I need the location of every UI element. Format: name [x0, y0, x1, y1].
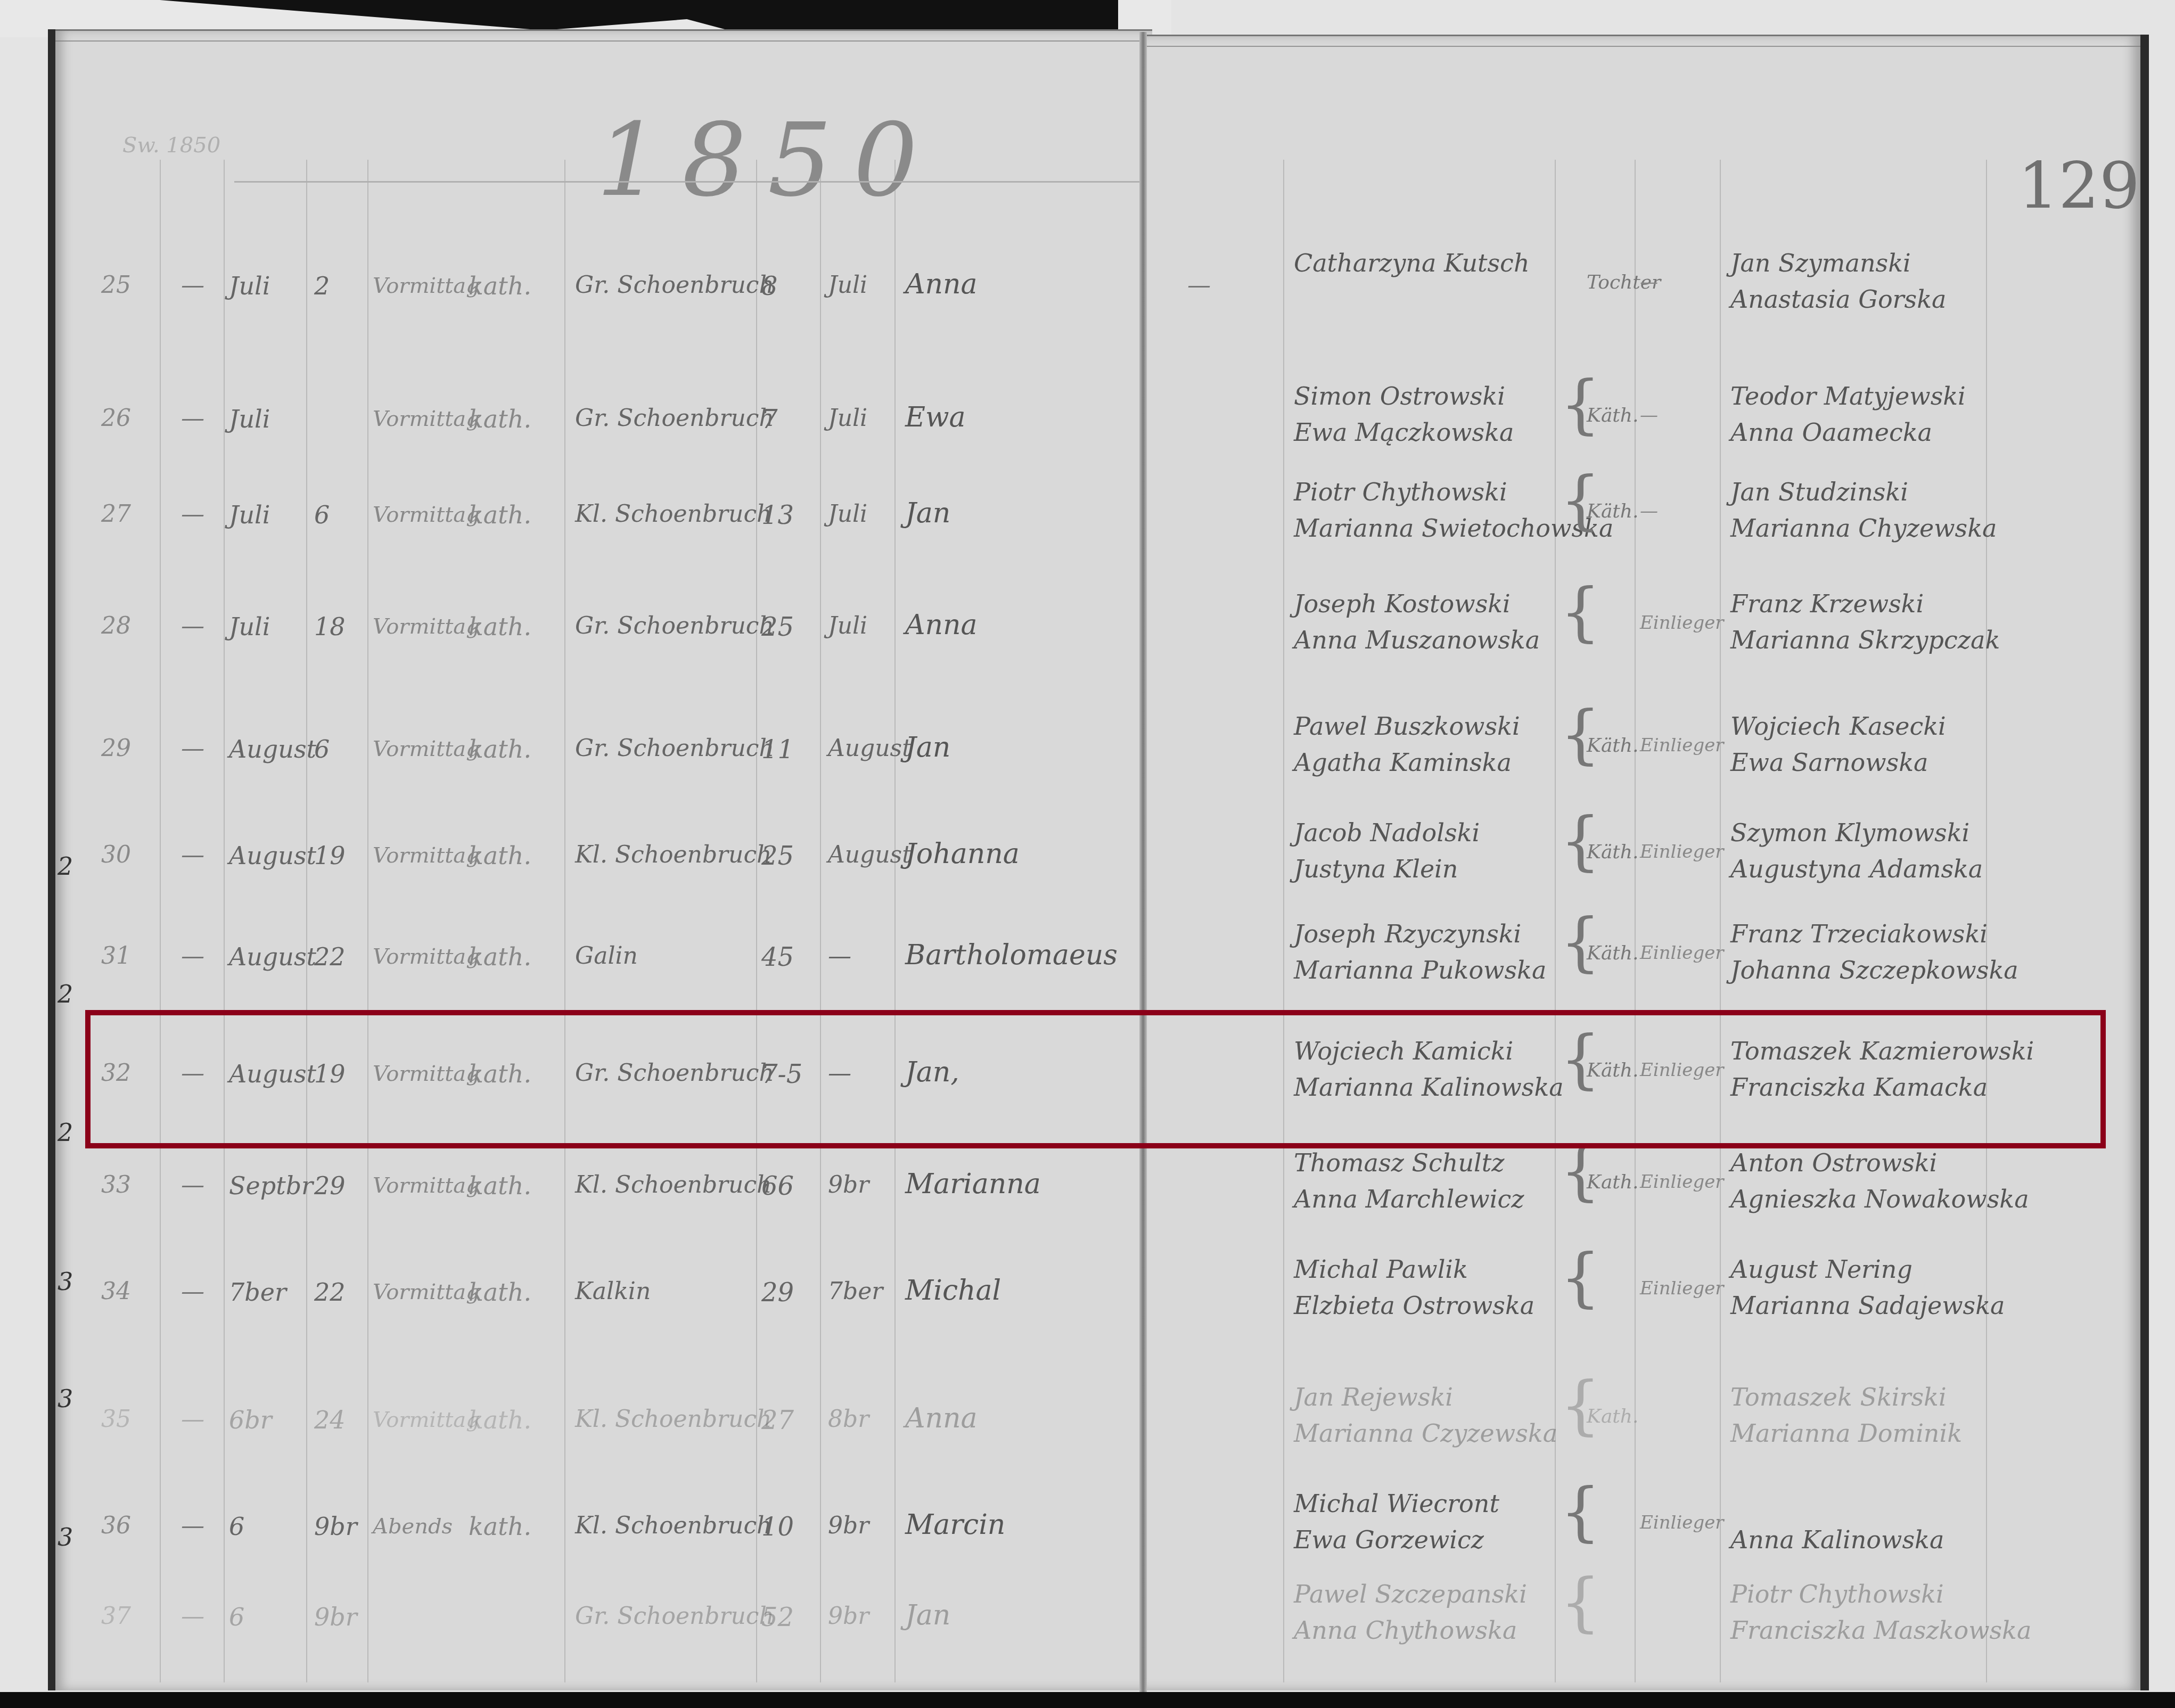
birth-month: Juli [828, 405, 867, 432]
baptism-month: Juli [229, 612, 270, 641]
parents-names: Michal WiecrontEwa Gorzewicz [1294, 1485, 1499, 1558]
godparents-names: Franz TrzeciakowskiJohanna Szczepkowska [1730, 916, 2018, 988]
godparents-names: Piotr ChythowskiFranciszka Maszkowska [1730, 1576, 2031, 1648]
right-dash: — [1187, 272, 1211, 299]
child-name: Anna [905, 268, 978, 300]
entry-number: 25 [101, 272, 131, 299]
parent-status: Käth. [1587, 735, 1638, 757]
baptism-month: 6 [229, 1512, 244, 1541]
entry-dash: — [181, 942, 204, 970]
margin-mark: 3 [58, 1523, 73, 1551]
entry-number: 34 [101, 1278, 131, 1305]
house-number: 27 [761, 1406, 794, 1435]
parent-status: Käth. [1587, 1060, 1638, 1081]
time-of-day: Vormittag [373, 1173, 480, 1198]
birth-month: 7ber [828, 1278, 883, 1305]
parents-names: Pawel SzczepanskiAnna Chythowska [1294, 1576, 1527, 1648]
birth-month: Juli [828, 500, 867, 528]
parents-names: Joseph KostowskiAnna Muszanowska [1294, 586, 1540, 658]
religion: kath. [469, 1171, 531, 1200]
religion: kath. [469, 500, 531, 529]
entry-dash: — [181, 1603, 204, 1630]
parents-names: Pawel BuszkowskiAgatha Kaminska [1294, 708, 1520, 781]
column-rule [224, 160, 225, 1682]
child-name: Marianna [905, 1168, 1041, 1200]
time-of-day: Vormittag [373, 503, 480, 527]
parent-occupation: Einlieger [1640, 1512, 1724, 1533]
parent-occupation: Einlieger [1640, 942, 1724, 964]
parent-occupation: Einlieger [1640, 1171, 1724, 1193]
house-number: 8 [761, 272, 778, 301]
parent-occupation: Einlieger [1640, 735, 1724, 756]
place: Gr. Schoenbruch [575, 1603, 774, 1630]
religion: kath. [469, 272, 531, 300]
religion: kath. [469, 942, 531, 971]
brace: { [1560, 1571, 1601, 1635]
baptism-month: 7ber [229, 1278, 286, 1307]
baptism-day: 19 [314, 841, 346, 870]
time-of-day: Vormittag [373, 945, 480, 969]
godparents-names: Jan StudzinskiMarianna Chyzewska [1730, 474, 1997, 546]
godparents-names: Anton OstrowskiAgnieszka Nowakowska [1730, 1145, 2029, 1217]
entry-number: 33 [101, 1171, 131, 1198]
page-number: 129 [2018, 149, 2140, 223]
parent-occupation: Einlieger [1640, 1278, 1724, 1299]
margin-mark: 3 [58, 1384, 73, 1413]
parents-names: Joseph RzyczynskiMarianna Pukowska [1294, 916, 1546, 988]
parents-names: Jan RejewskiMarianna Czyzewska [1294, 1379, 1557, 1451]
margin-mark: 2 [58, 852, 73, 881]
column-rule [1635, 160, 1636, 1682]
religion: kath. [469, 405, 531, 433]
godparents-names: Anna Kalinowska [1730, 1485, 1944, 1558]
place: Gr. Schoenbruch [575, 612, 774, 639]
house-number: 7-5 [761, 1060, 802, 1089]
birth-month: Juli [828, 612, 867, 639]
child-name: Ewa [905, 401, 965, 433]
birth-month: August [828, 841, 912, 868]
religion: kath. [469, 735, 531, 763]
parent-status: Kath. [1587, 1171, 1638, 1193]
place: Gr. Schoenbruch [575, 405, 774, 432]
entry-dash: — [181, 1278, 204, 1305]
entry-dash: — [181, 735, 204, 762]
child-name: Jan, [905, 1056, 959, 1088]
column-rule [564, 160, 565, 1682]
birth-month: 9br [828, 1603, 869, 1630]
godparents-names: Tomaszek SkirskiMarianna Dominik [1730, 1379, 1962, 1451]
child-name: Jan [905, 1599, 950, 1631]
entry-number: 36 [101, 1512, 131, 1539]
child-name: Jan [905, 497, 950, 529]
child-name: Anna [905, 1402, 978, 1434]
baptism-month: Juli [229, 405, 270, 433]
parents-names: Simon OstrowskiEwa Mączkowska [1294, 378, 1514, 450]
parent-occupation: — [1640, 272, 1658, 293]
entry-number: 30 [101, 841, 131, 868]
religion: kath. [469, 1512, 531, 1541]
baptism-month: Juli [229, 500, 270, 529]
parent-occupation: — [1640, 500, 1658, 522]
entry-number: 37 [101, 1603, 131, 1630]
entry-dash: — [181, 1406, 204, 1433]
column-rule [367, 160, 368, 1682]
baptism-day: 6 [314, 500, 330, 529]
baptism-day: 22 [314, 942, 346, 971]
entry-number: 32 [101, 1060, 131, 1087]
religion: kath. [469, 841, 531, 870]
place: Kl. Schoenbruch [575, 1512, 771, 1539]
entry-dash: — [181, 405, 204, 432]
godparents-names: Wojciech KaseckiEwa Sarnowska [1730, 708, 1946, 781]
parents-names: Catharzyna Kutsch [1294, 245, 1530, 281]
baptism-month: 6br [229, 1406, 272, 1434]
place: Kl. Schoenbruch [575, 841, 771, 868]
godparents-names: Franz KrzewskiMarianna Skrzypczak [1730, 586, 2000, 658]
brace: { [1560, 1480, 1601, 1544]
column-rule [894, 160, 896, 1682]
house-number: 7 [761, 405, 778, 434]
column-rule [1283, 160, 1284, 1682]
religion: kath. [469, 1060, 531, 1088]
parent-occupation: — [1640, 405, 1658, 426]
birth-month: — [828, 1060, 851, 1087]
house-number: 11 [761, 735, 794, 765]
child-name: Johanna [905, 838, 1020, 870]
column-rule [820, 160, 821, 1682]
column-rule [1555, 160, 1556, 1682]
baptism-day: 9br [314, 1603, 357, 1631]
corner-note: Sw. 1850 [122, 133, 220, 158]
baptism-month: August [229, 1060, 316, 1088]
baptism-day: 9br [314, 1512, 357, 1541]
parent-status: Käth. [1587, 405, 1638, 426]
godparents-names: August NeringMarianna Sadajewska [1730, 1251, 2005, 1324]
religion: kath. [469, 612, 531, 641]
time-of-day: Vormittag [373, 614, 480, 639]
baptism-month: Septbr [229, 1171, 313, 1200]
column-rule [306, 160, 307, 1682]
baptism-month: Juli [229, 272, 270, 300]
parent-status: Kath. [1587, 1406, 1638, 1427]
religion: kath. [469, 1278, 531, 1307]
entry-dash: — [181, 612, 204, 639]
entry-dash: — [181, 841, 204, 868]
parent-status: Käth. [1587, 841, 1638, 863]
house-number: 25 [761, 612, 794, 642]
child-name: Jan [905, 732, 950, 763]
time-of-day: Vormittag [373, 1408, 480, 1432]
birth-month: 9br [828, 1512, 869, 1539]
house-number: 52 [761, 1603, 794, 1632]
place: Gr. Schoenbruch [575, 272, 774, 299]
baptism-day: 19 [314, 1060, 346, 1088]
time-of-day: Vormittag [373, 274, 480, 298]
birth-month: August [828, 735, 912, 762]
time-of-day: Vormittag [373, 407, 480, 431]
parent-occupation: Einlieger [1640, 841, 1724, 863]
entry-number: 31 [101, 942, 131, 970]
place: Gr. Schoenbruch [575, 1060, 774, 1087]
place: Kl. Schoenbruch [575, 1171, 771, 1198]
place: Kalkin [575, 1278, 651, 1305]
parent-status: Käth. [1587, 942, 1638, 964]
child-name: Michal [905, 1275, 1001, 1307]
entry-dash: — [181, 272, 204, 299]
parent-occupation: Einlieger [1640, 1060, 1724, 1081]
baptism-day: 29 [314, 1171, 346, 1200]
baptism-day: 18 [314, 612, 346, 641]
brace: { [1560, 1246, 1601, 1310]
time-of-day: Abends [373, 1514, 453, 1539]
entry-dash: — [181, 1512, 204, 1539]
baptism-day: 2 [314, 272, 330, 300]
entry-dash: — [181, 1060, 204, 1087]
house-number: 45 [761, 942, 794, 972]
house-number: 25 [761, 841, 794, 871]
house-number: 29 [761, 1278, 794, 1308]
entry-dash: — [181, 500, 204, 528]
place: Kl. Schoenbruch [575, 500, 771, 528]
religion: kath. [469, 1406, 531, 1434]
book-gutter [1139, 32, 1147, 1693]
parents-names: Wojciech KamickiMarianna Kalinowska [1294, 1033, 1564, 1105]
heading-rule [234, 181, 1139, 183]
parents-names: Michal PawlikElzbieta Ostrowska [1294, 1251, 1534, 1324]
entry-number: 26 [101, 405, 131, 432]
baptism-day: 22 [314, 1278, 346, 1307]
entry-number: 28 [101, 612, 131, 639]
year-heading: 1850 [596, 101, 939, 219]
time-of-day: Vormittag [373, 1062, 480, 1086]
column-rule [1720, 160, 1721, 1682]
time-of-day: Vormittag [373, 737, 480, 761]
child-name: Bartholomaeus [905, 939, 1118, 971]
godparents-names: Szymon KlymowskiAugustyna Adamska [1730, 815, 1983, 887]
birth-month: 8br [828, 1406, 869, 1433]
parents-names: Thomasz SchultzAnna Marchlewicz [1294, 1145, 1524, 1217]
brace: { [1560, 580, 1601, 644]
entry-dash: — [181, 1171, 204, 1198]
parents-names: Jacob NadolskiJustyna Klein [1294, 815, 1480, 887]
house-number: 66 [761, 1171, 794, 1201]
baptism-month: August [229, 841, 316, 870]
time-of-day: Vormittag [373, 843, 480, 868]
parent-status: Käth. [1587, 500, 1638, 522]
child-name: Anna [905, 609, 978, 641]
margin-mark: 3 [58, 1267, 73, 1296]
child-name: Marcin [905, 1509, 1005, 1541]
baptism-month: August [229, 942, 316, 971]
entry-number: 29 [101, 735, 131, 762]
scan-bottom-edge [0, 1692, 2175, 1708]
place: Kl. Schoenbruch [575, 1406, 771, 1433]
column-rule [160, 160, 161, 1682]
entry-number: 35 [101, 1406, 131, 1433]
time-of-day: Vormittag [373, 1280, 480, 1304]
margin-mark: 2 [58, 1118, 73, 1147]
baptism-day: 6 [314, 735, 330, 763]
birth-month: — [828, 942, 851, 970]
godparents-names: Teodor MatyjewskiAnna Oaamecka [1730, 378, 1966, 450]
column-rule [756, 160, 757, 1682]
baptism-month: August [229, 735, 316, 763]
place: Gr. Schoenbruch [575, 735, 774, 762]
margin-mark: 2 [58, 980, 73, 1008]
house-number: 13 [761, 500, 794, 530]
godparents-names: Tomaszek KazmierowskiFranciszka Kamacka [1730, 1033, 2034, 1105]
birth-month: Juli [828, 272, 867, 299]
birth-month: 9br [828, 1171, 869, 1198]
house-number: 10 [761, 1512, 794, 1542]
entry-number: 27 [101, 500, 131, 528]
parent-occupation: Einlieger [1640, 612, 1724, 634]
baptism-day: 24 [314, 1406, 346, 1434]
place: Galin [575, 942, 638, 970]
godparents-names: Jan SzymanskiAnastasia Gorska [1730, 245, 1947, 317]
baptism-month: 6 [229, 1603, 244, 1631]
